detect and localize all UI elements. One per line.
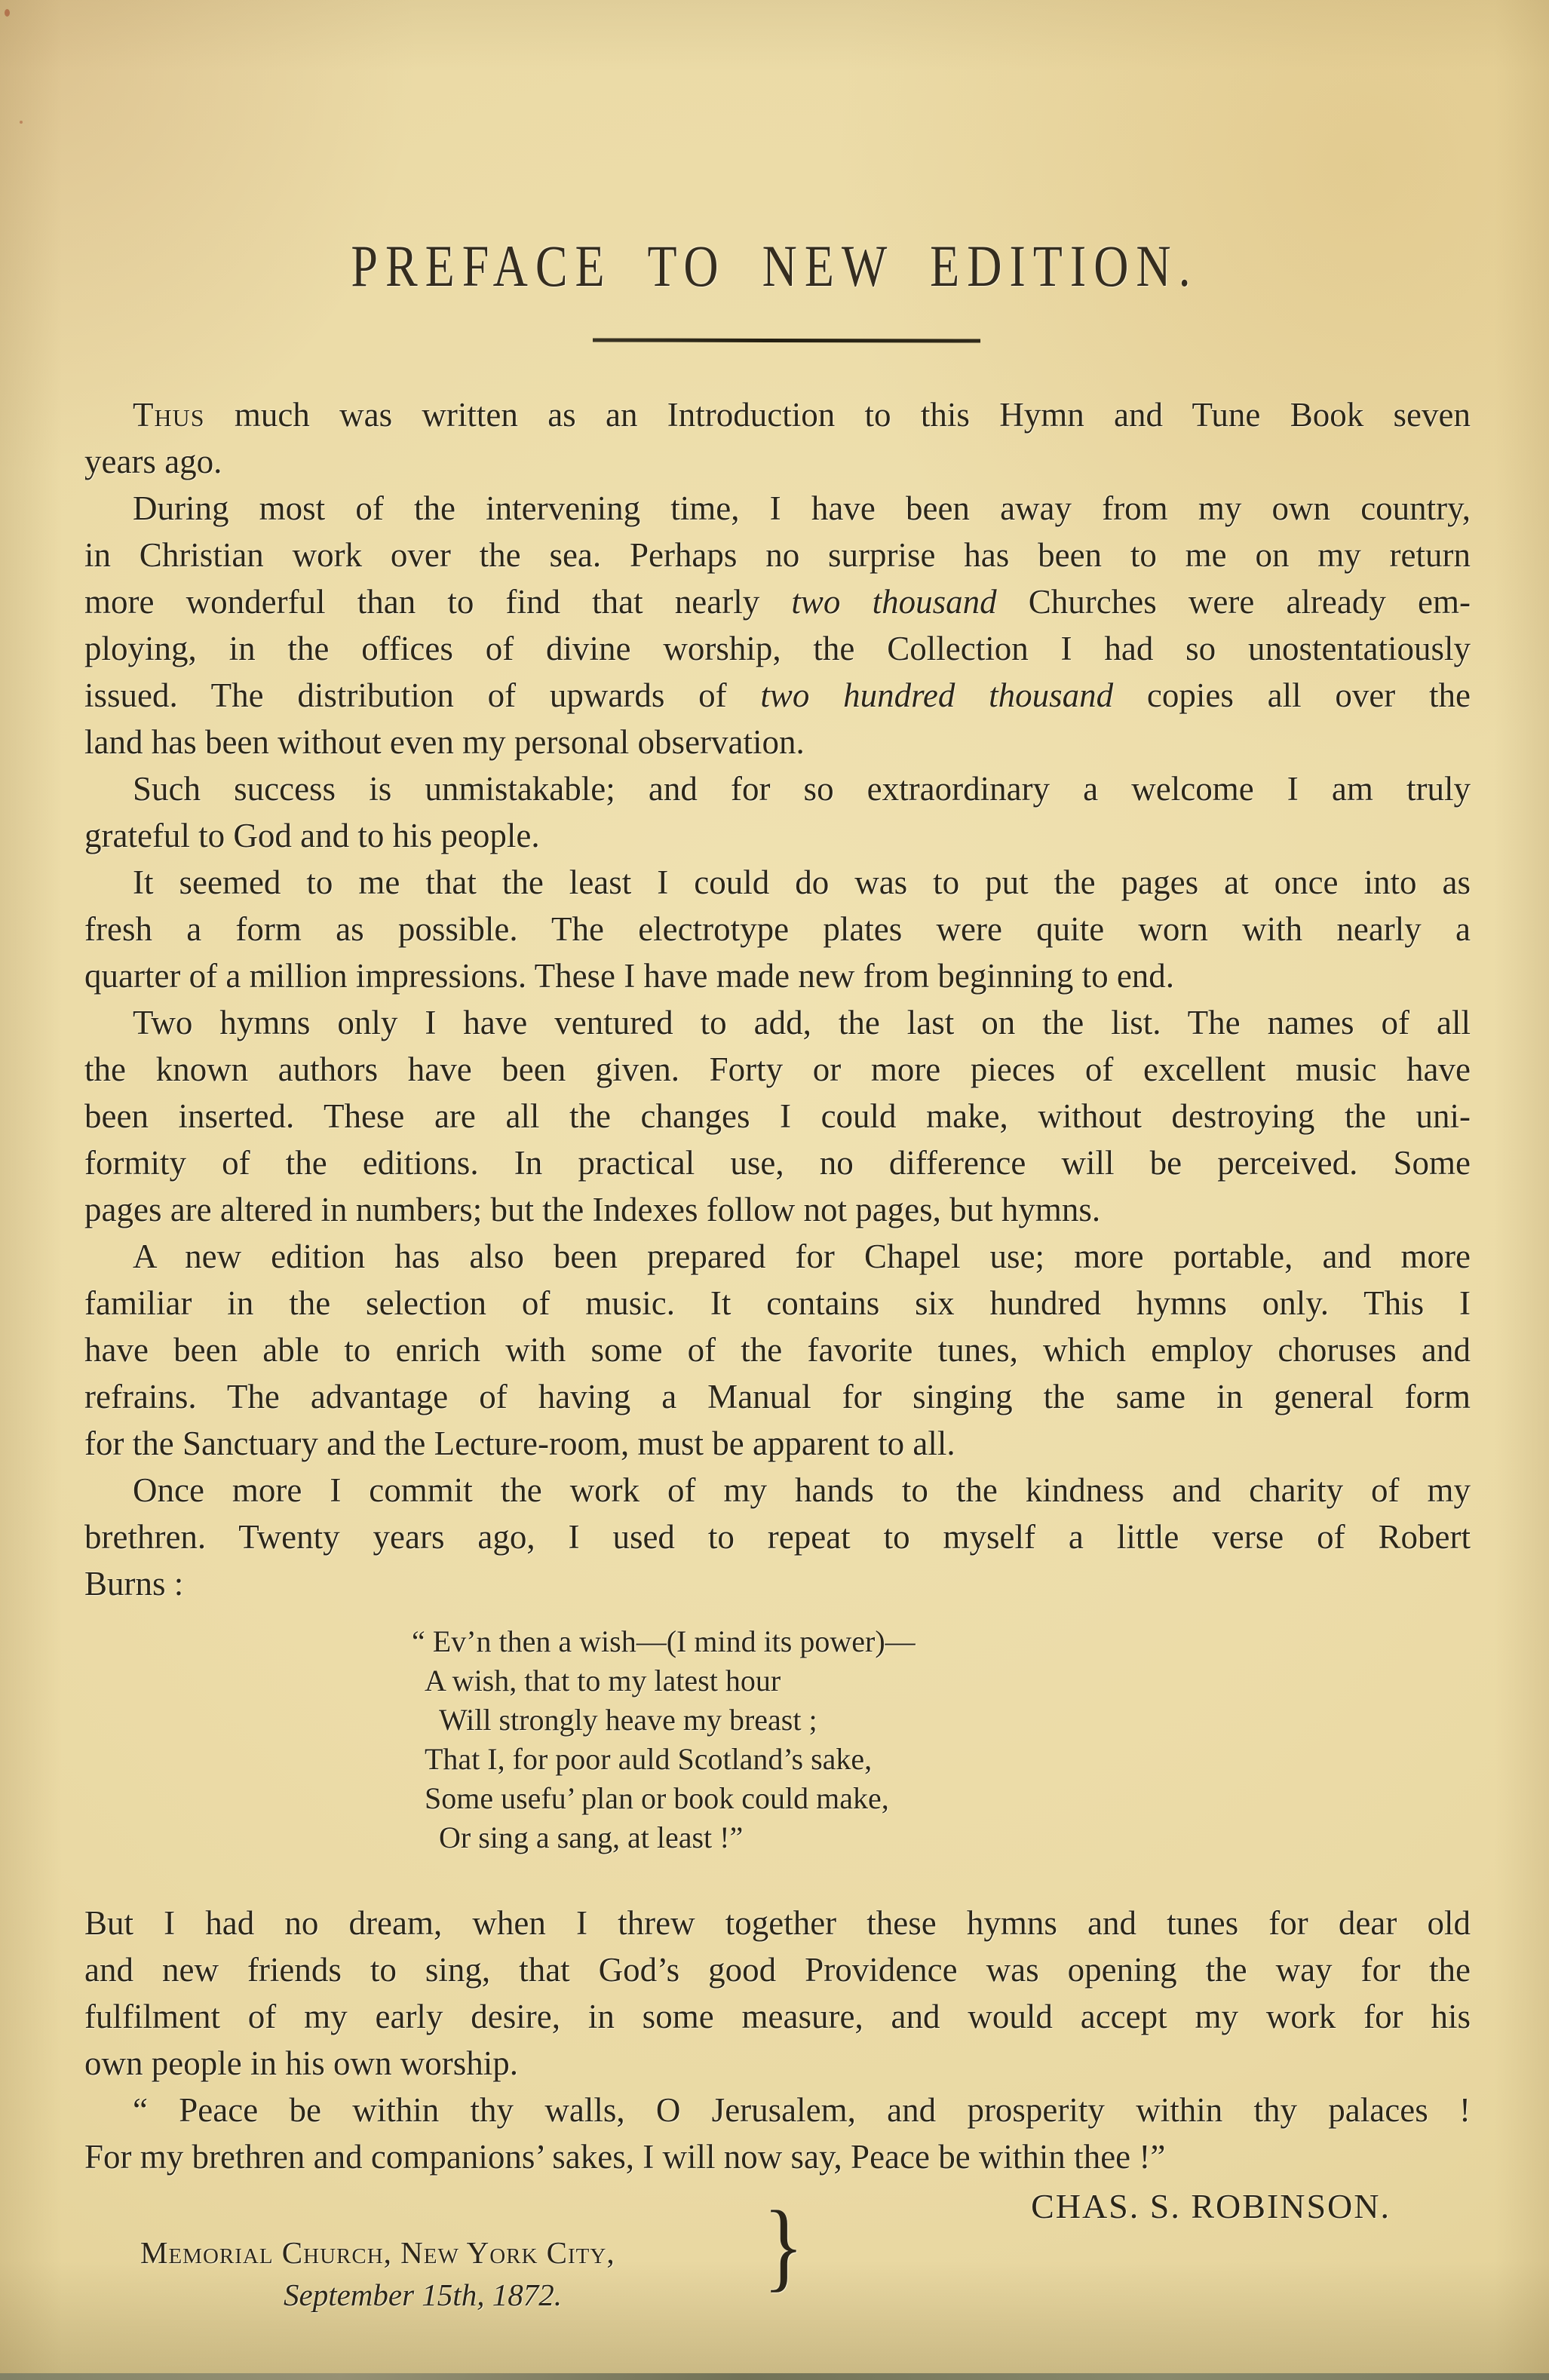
text-line: During most of the intervening time, I h… xyxy=(84,485,1471,532)
text-line: “ Peace be within thy walls, O Jerusalem… xyxy=(84,2087,1471,2133)
text-line: But I had no dream, when I threw togethe… xyxy=(84,1900,1471,1946)
text-line: familiar in the selection of music. It c… xyxy=(84,1280,1471,1326)
paper-speck xyxy=(5,9,10,17)
text-line: For my brethren and companions’ sakes, I… xyxy=(84,2133,1471,2180)
paragraph: Thus much was written as an Introduction… xyxy=(84,391,1471,485)
text-line: fresh a form as possible. The electrotyp… xyxy=(84,906,1471,952)
text-line: ploying, in the offices of divine worshi… xyxy=(84,625,1471,672)
paper-speck xyxy=(20,121,23,124)
verse-line: Some usefu’ plan or book could make, xyxy=(412,1779,1471,1818)
burns-verse: “ Ev’n then a wish—(I mind its power)—A … xyxy=(412,1622,1471,1857)
paragraph: Such success is unmistakable; and for so… xyxy=(84,765,1471,859)
verse-line: Or sing a sang, at least !” xyxy=(412,1818,1471,1857)
text-line: for the Sanctuary and the Lecture-room, … xyxy=(84,1420,1471,1467)
verse-line: A wish, that to my latest hour xyxy=(412,1661,1471,1701)
text-line: issued. The distribution of upwards of t… xyxy=(84,672,1471,719)
body-column: Thus much was written as an Introduction… xyxy=(84,391,1471,2316)
footer-place-date: Memorial Church, New York City, Septembe… xyxy=(84,2231,1471,2316)
text-line: grateful to God and to his people. xyxy=(84,812,1471,859)
footer-place: Memorial Church, New York City, xyxy=(140,2231,1471,2274)
text-line: and new friends to sing, that God’s good… xyxy=(84,1946,1471,1993)
paragraph: During most of the intervening time, I h… xyxy=(84,485,1471,765)
text-line: the known authors have been given. Forty… xyxy=(84,1046,1471,1093)
paragraph: “ Peace be within thy walls, O Jerusalem… xyxy=(84,2087,1471,2180)
text-line: refrains. The advantage of having a Manu… xyxy=(84,1373,1471,1420)
page-bottom-edge xyxy=(0,2373,1549,2380)
verse-line: “ Ev’n then a wish—(I mind its power)— xyxy=(412,1622,1471,1661)
closing-text: But I had no dream, when I threw togethe… xyxy=(84,1900,1471,2180)
text-line: Burns : xyxy=(84,1560,1471,1607)
text-line: A new edition has also been prepared for… xyxy=(84,1233,1471,1280)
paragraph: A new edition has also been prepared for… xyxy=(84,1233,1471,1467)
text-line: quarter of a million impressions. These … xyxy=(84,952,1471,999)
paragraph: Once more I commit the work of my hands … xyxy=(84,1467,1471,1607)
paragraph: But I had no dream, when I threw togethe… xyxy=(84,1900,1471,2087)
paragraph: It seemed to me that the least I could d… xyxy=(84,859,1471,999)
text-line: It seemed to me that the least I could d… xyxy=(84,859,1471,906)
verse-line: That I, for poor auld Scotland’s sake, xyxy=(412,1740,1471,1779)
text-line: more wonderful than to find that nearly … xyxy=(84,578,1471,625)
text-line: years ago. xyxy=(84,438,1471,485)
title-rule xyxy=(593,338,980,342)
text-line: own people in his own worship. xyxy=(84,2040,1471,2087)
text-line: Once more I commit the work of my hands … xyxy=(84,1467,1471,1514)
paragraph: Two hymns only I have ventured to add, t… xyxy=(84,999,1471,1233)
text-line: fulfilment of my early desire, in some m… xyxy=(84,1993,1471,2040)
text-line: brethren. Twenty years ago, I used to re… xyxy=(84,1514,1471,1560)
text-line: Thus much was written as an Introduction… xyxy=(84,391,1471,438)
book-page: PREFACE TO NEW EDITION. Thus much was wr… xyxy=(0,0,1549,2380)
text-line: Two hymns only I have ventured to add, t… xyxy=(84,999,1471,1046)
body-text: Thus much was written as an Introduction… xyxy=(84,391,1471,1607)
text-line: have been able to enrich with some of th… xyxy=(84,1326,1471,1373)
page-title: PREFACE TO NEW EDITION. xyxy=(0,232,1549,300)
footer-brace: } xyxy=(763,2222,804,2270)
text-line: in Christian work over the sea. Perhaps … xyxy=(84,532,1471,578)
text-line: been inserted. These are all the changes… xyxy=(84,1093,1471,1139)
text-line: pages are altered in numbers; but the In… xyxy=(84,1186,1471,1233)
text-line: formity of the editions. In practical us… xyxy=(84,1139,1471,1186)
verse-line: Will strongly heave my breast ; xyxy=(412,1701,1471,1740)
footer-date: September 15th, 1872. xyxy=(284,2274,1471,2316)
text-line: Such success is unmistakable; and for so… xyxy=(84,765,1471,812)
text-line: land has been without even my personal o… xyxy=(84,719,1471,765)
